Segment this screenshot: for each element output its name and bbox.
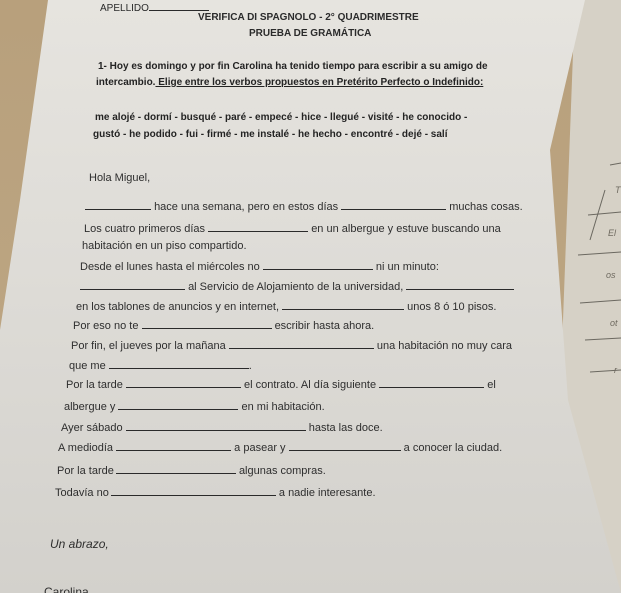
letter-line-12: Ayer sábado hasta las doce. [61,420,383,434]
answer-blank[interactable] [208,221,308,232]
letter-text: a pasear y [234,442,285,454]
answer-blank[interactable] [406,279,514,290]
letter-text: que me [69,360,106,372]
letter-text: ni un minuto: [376,261,439,273]
letter-text: albergue y [64,401,115,413]
letter-text: algunas compras. [239,465,326,477]
answer-blank[interactable] [229,338,374,349]
back-page-fragment: T [615,185,621,195]
letter-line-1: hace una semana, pero en estos días much… [85,199,523,213]
back-page-fragment: r [614,365,617,375]
surname-field: APELLIDO [100,0,209,14]
letter-text: una habitación no muy cara [377,340,512,352]
instruction-line-1: 1- Hoy es domingo y por fin Carolina ha … [98,61,488,72]
letter-text: Ayer sábado [61,422,123,434]
letter-text: a nadie interesante. [279,487,376,499]
letter-line-15: Todavía no a nadie interesante. [55,485,376,499]
letter-line-3: habitación en un piso compartido. [82,240,247,252]
letter-line-11: albergue y en mi habitación. [64,399,325,413]
letter-text: Por la tarde [66,379,123,391]
answer-blank[interactable] [142,318,272,329]
letter-text: A mediodía [58,442,113,454]
answer-blank[interactable] [341,199,446,210]
letter-line-7: Por eso no te escribir hasta ahora. [73,318,374,332]
surname-label: APELLIDO [100,3,149,14]
letter-text: Desde el lunes hasta el miércoles no [80,261,260,273]
letter-line-8: Por fin, el jueves por la mañana una hab… [71,338,512,352]
letter-text: escribir hasta ahora. [275,320,375,332]
letter-line-10: Por la tarde el contrato. Al día siguien… [66,377,496,391]
letter-text: al Servicio de Alojamiento de la univers… [188,281,403,293]
answer-blank[interactable] [379,377,484,388]
verb-bank-line-1: me alojé - dormí - busqué - paré - empec… [95,112,467,123]
letter-text: en un albergue y estuve buscando una [311,223,501,235]
worksheet-page [0,0,621,593]
answer-blank[interactable] [80,279,185,290]
answer-blank[interactable] [282,299,404,310]
letter-text: Por la tarde [57,465,114,477]
letter-text: habitación en un piso compartido. [82,240,247,252]
letter-line-5: al Servicio de Alojamiento de la univers… [80,279,514,293]
letter-line-4: Desde el lunes hasta el miércoles no ni … [80,259,439,273]
page-subtitle: PRUEBA DE GRAMÁTICA [249,28,371,39]
answer-blank[interactable] [85,199,151,210]
answer-blank[interactable] [118,399,238,410]
back-page-fragment: El [608,228,616,238]
letter-text: el contrato. Al día siguiente [244,379,376,391]
letter-signature: Carolina [44,585,89,593]
letter-line-9: que me . [69,358,252,372]
letter-text: a conocer la ciudad. [404,442,502,454]
letter-greeting: Hola Miguel, [89,172,150,184]
answer-blank[interactable] [263,259,373,270]
verb-bank-line-2: gustó - he podido - fui - firmé - me ins… [93,129,447,140]
letter-text: . [249,360,252,372]
letter-text: unos 8 ó 10 pisos. [407,301,496,313]
letter-text: hace una semana, pero en estos días [154,201,338,213]
letter-text: Los cuatro primeros días [84,223,205,235]
answer-blank[interactable] [289,440,401,451]
letter-closing: Un abrazo, [50,537,109,551]
letter-text: el [487,379,496,391]
letter-text: Por eso no te [73,320,138,332]
answer-blank[interactable] [126,420,306,431]
letter-text: Todavía no [55,487,109,499]
answer-blank[interactable] [116,463,236,474]
instruction-underlined: Elige entre los verbos propuestos en Pre… [155,77,483,88]
answer-blank[interactable] [126,377,241,388]
answer-blank[interactable] [111,485,276,496]
letter-text: hasta las doce. [309,422,383,434]
letter-text: Por fin, el jueves por la mañana [71,340,226,352]
letter-line-6: en los tablones de anuncios y en interne… [76,299,496,313]
instruction-text: intercambio. [96,77,155,88]
letter-line-14: Por la tarde algunas compras. [57,463,326,477]
letter-line-13: A mediodía a pasear y a conocer la ciuda… [58,440,502,454]
letter-text: en mi habitación. [242,401,325,413]
page-title: VERIFICA DI SPAGNOLO - 2° QUADRIMESTRE [198,12,419,23]
back-page-fragment: ot [610,318,618,328]
letter-line-2: Los cuatro primeros días en un albergue … [84,221,501,235]
letter-text: muchas cosas. [449,201,522,213]
back-page-fragment: os [606,270,616,280]
surname-blank[interactable] [149,0,209,11]
answer-blank[interactable] [109,358,249,369]
answer-blank[interactable] [116,440,231,451]
instruction-line-2: intercambio. Elige entre los verbos prop… [96,77,483,88]
letter-text: en los tablones de anuncios y en interne… [76,301,279,313]
